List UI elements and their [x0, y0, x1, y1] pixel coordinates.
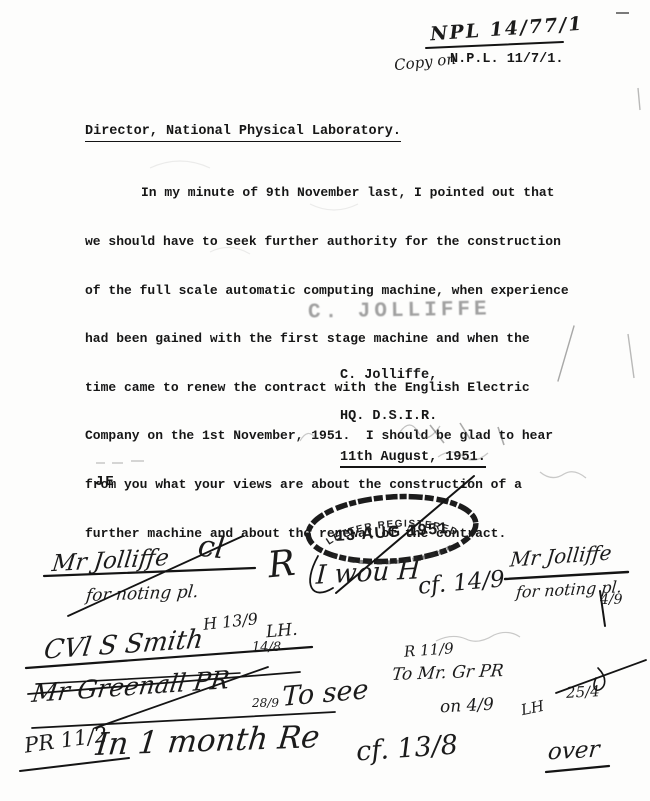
annotation-smith-signature: CVl S Smith — [42, 624, 205, 665]
annotation-initial-r: R — [266, 543, 297, 587]
signature-date: 11th August, 1951. — [340, 451, 486, 468]
annotation-note-wou: I wou H — [315, 555, 421, 591]
underline — [546, 766, 609, 772]
body-line: from you what your views are about the c… — [85, 477, 585, 493]
body-line: time came to renew the contract with the… — [85, 380, 585, 396]
signatory-name: C. Jolliffe, — [340, 369, 486, 383]
body-line: further machine and about the renewal of… — [85, 526, 585, 542]
annotation-on-4-9: on 4/9 — [440, 695, 495, 718]
handwritten-file-reference: NPL 14/77/1 — [429, 13, 584, 46]
signature-block: C. Jolliffe, HQ. D.S.I.R. 11th August, 1… — [340, 341, 486, 496]
annotation-h-13-9: H 13/9 — [202, 609, 259, 634]
annotation-over: over — [547, 737, 601, 766]
signatory-department: HQ. D.S.I.R. — [340, 410, 486, 424]
annotation-date-4-9: 4/9 — [600, 592, 623, 608]
margin-stroke — [628, 88, 640, 378]
annotation-lh-initials-2: LH — [519, 697, 545, 719]
letter-body: In my minute of 9th November last, I poi… — [85, 153, 585, 574]
annotation-noting-left: for noting pl. — [85, 582, 200, 606]
annotation-cf-13-8: cf. 13/8 — [355, 729, 459, 767]
letter-heading: Director, National Physical Laboratory. — [85, 124, 401, 142]
handwritten-copy-note: Copy on — [393, 50, 457, 74]
annotation-flourish: cl — [196, 529, 226, 567]
annotation-to-see: To see — [282, 674, 369, 713]
annotation-greenall-signature: Mr Greenall PR — [30, 665, 231, 708]
annotation-date-14-8: 14/8 — [252, 640, 281, 655]
annotation-date-25-4: 25/4 — [566, 682, 601, 702]
typed-copy-reference: N.P.L. 11/7/1. — [450, 52, 563, 67]
annotation-date-28-9: 28/9 — [252, 696, 279, 710]
body-line: Company on the 1st November, 1951. I sho… — [85, 428, 585, 444]
annotation-to-mr-g: To Mr. Gr PR — [391, 661, 505, 685]
body-line: had been gained with the first stage mac… — [85, 331, 585, 347]
body-line: of the full scale automatic computing ma… — [85, 283, 585, 299]
scanned-letter-page: NPL 14/77/1 Copy on N.P.L. 11/7/1. Direc… — [0, 0, 650, 801]
annotation-lh-initials: LH. — [265, 620, 298, 643]
body-line: In my minute of 9th November last, I poi… — [85, 185, 585, 201]
annotation-in-1-month: In 1 month Re — [94, 719, 321, 763]
faded-signature-stamp: C. JOLLIFFE — [308, 298, 491, 324]
typist-initials: JE — [95, 474, 116, 490]
body-line: we should have to seek further authority… — [85, 234, 585, 250]
annotation-r-11-9: R 11/9 — [403, 639, 454, 660]
